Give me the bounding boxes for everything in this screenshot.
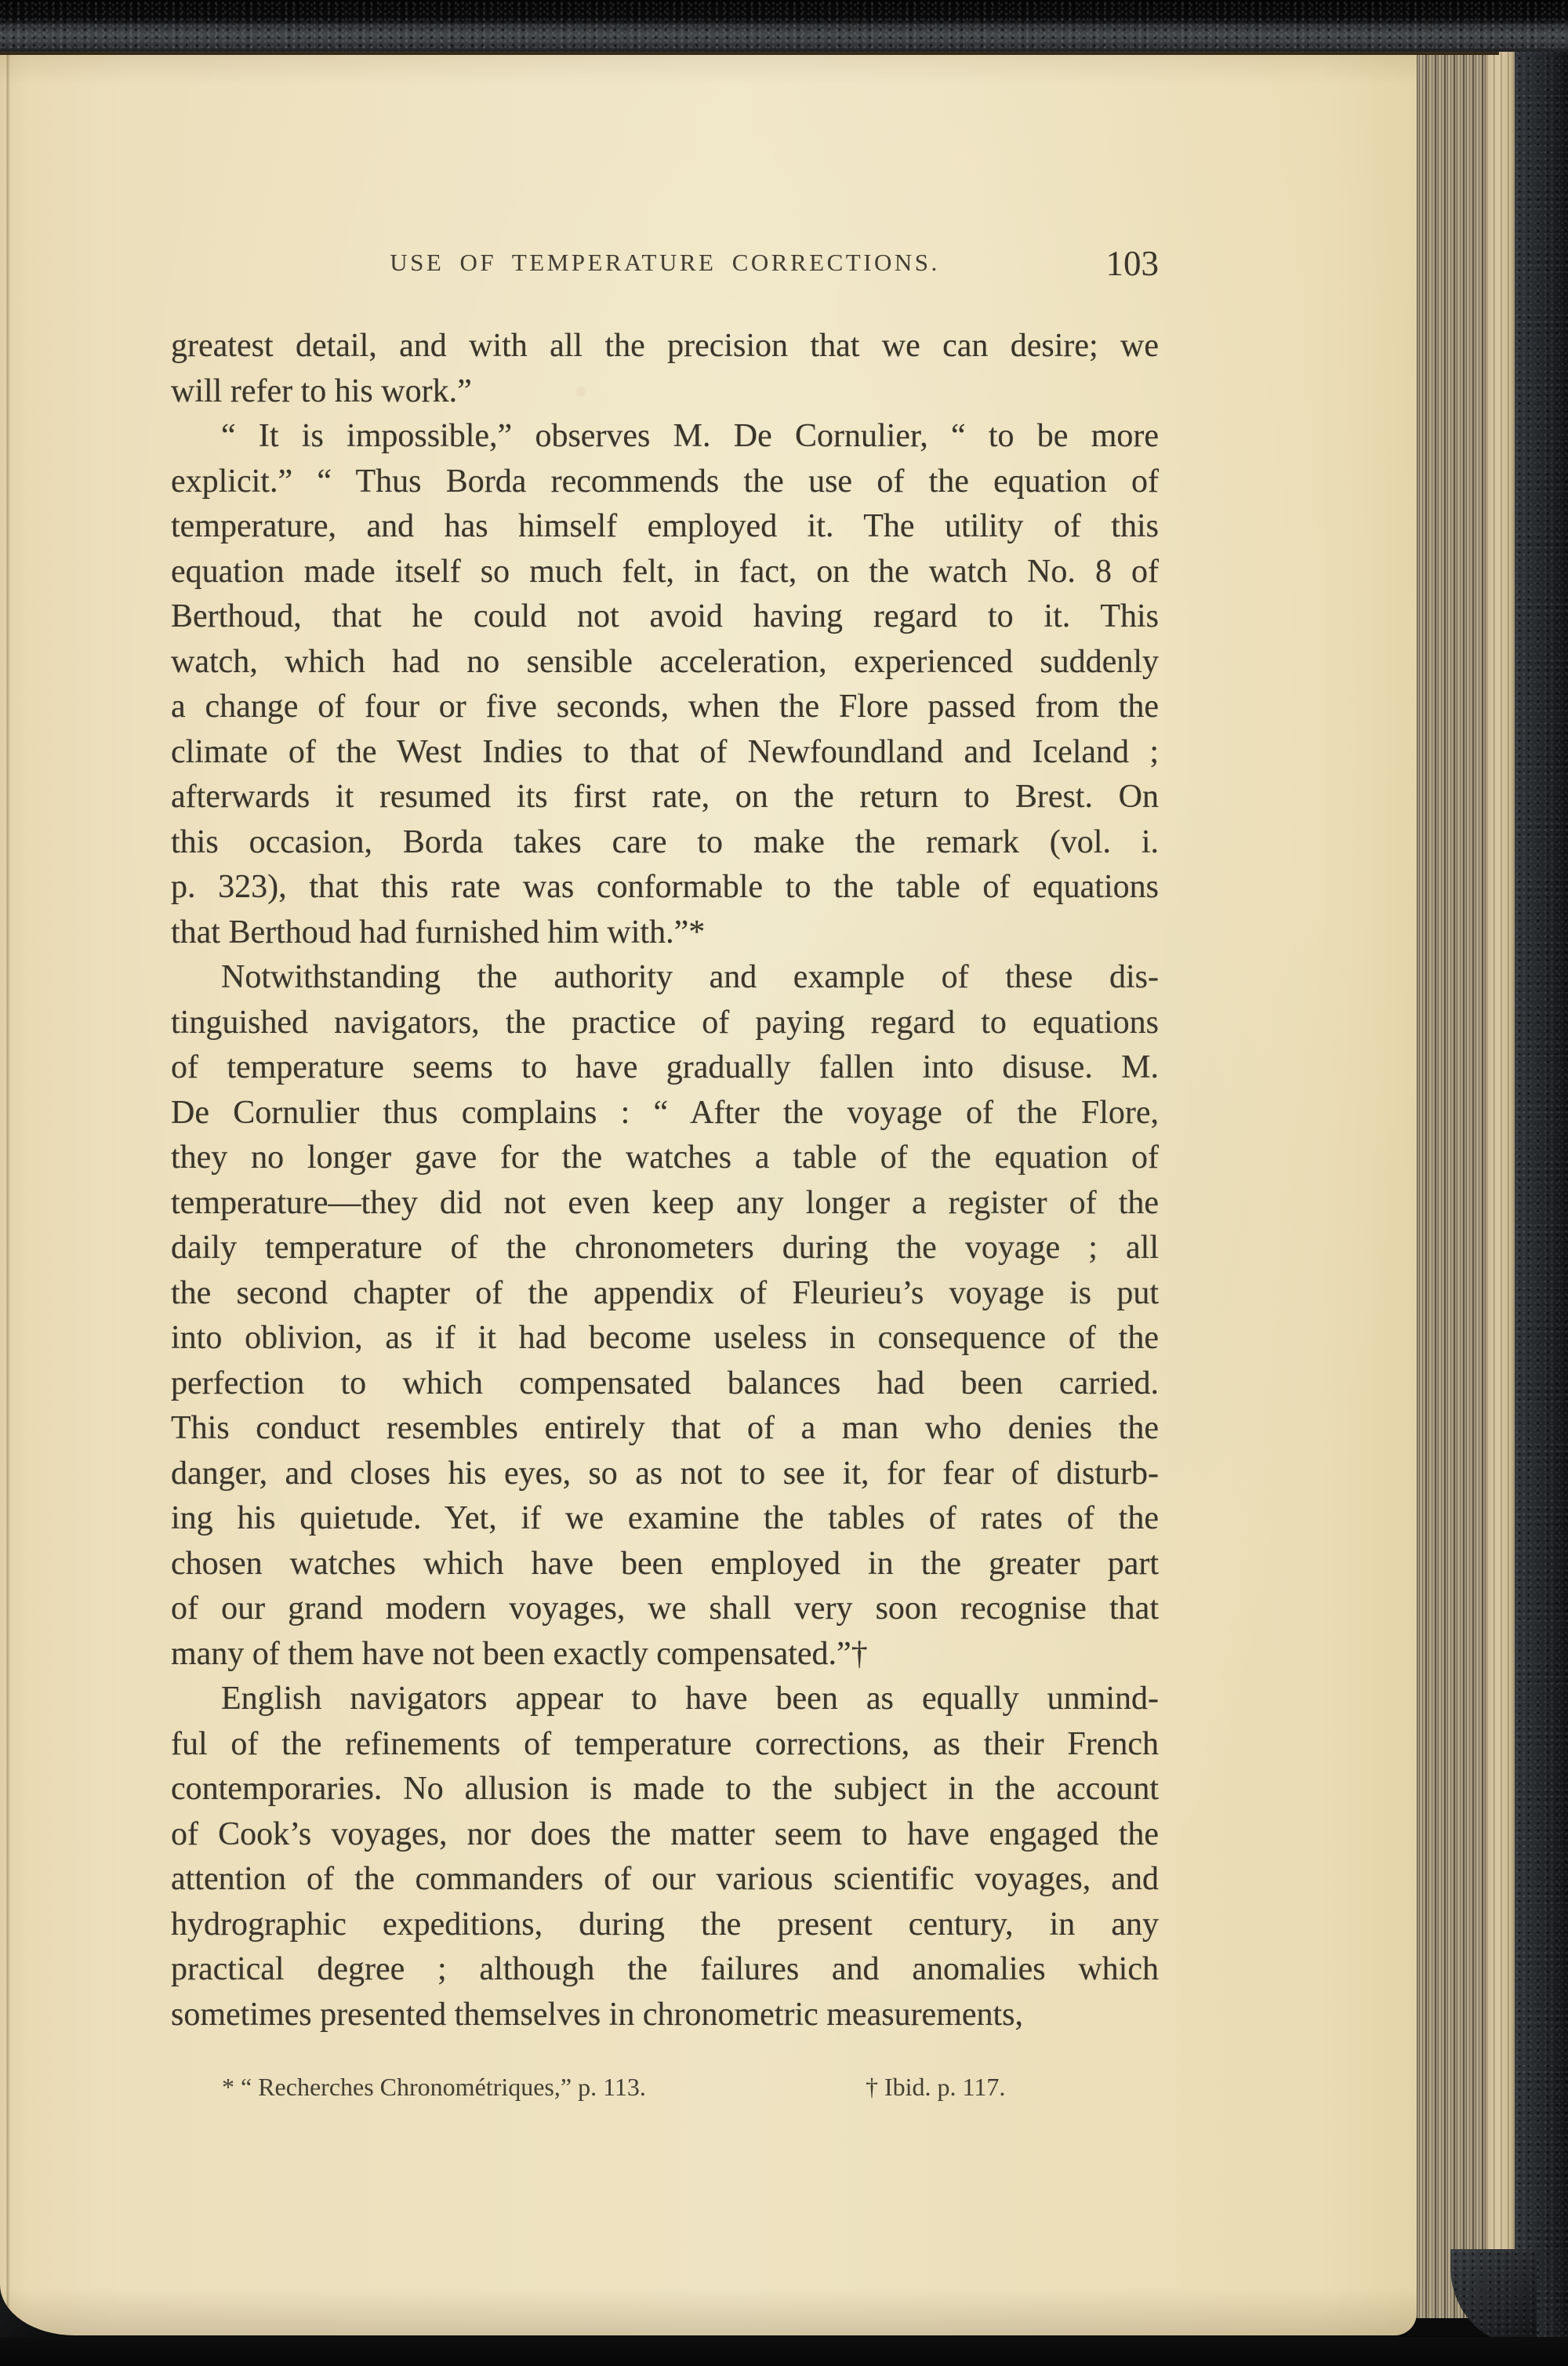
- book-page: USE OF TEMPERATURE CORRECTIONS. 103 grea…: [0, 49, 1417, 2335]
- book-scan: USE OF TEMPERATURE CORRECTIONS. 103 grea…: [0, 0, 1568, 2366]
- text-line: this occasion, Borda takes care to make …: [171, 820, 1159, 866]
- footnote-dagger: † Ibid. p. 117.: [866, 2072, 1005, 2102]
- book-cover-corner: [1450, 2249, 1537, 2345]
- text-line: Berthoud, that he could not avoid having…: [171, 594, 1159, 640]
- running-head-title: USE OF TEMPERATURE CORRECTIONS.: [171, 245, 1159, 281]
- text-line: temperature, and has himself employed it…: [171, 504, 1159, 550]
- text-line: “ It is impossible,” observes M. De Corn…: [171, 414, 1159, 460]
- text-line: Notwithstanding the authority and exampl…: [171, 955, 1159, 1001]
- text-line: daily temperature of the chronometers du…: [171, 1226, 1159, 1271]
- text-line: of our grand modern voyages, we shall ve…: [171, 1586, 1159, 1632]
- text-line: perfection to which compensated balances…: [171, 1361, 1159, 1407]
- footnote-row: * “ Recherches Chronométriques,” p. 113.…: [0, 2072, 1417, 2103]
- fore-edge-stripes-light: [1486, 50, 1516, 2318]
- text-line: danger, and closes his eyes, so as not t…: [171, 1452, 1159, 1497]
- text-line: that Berthoud had furnished him with.”*: [171, 910, 1159, 956]
- text-line: chosen watches which have been employed …: [171, 1542, 1159, 1587]
- running-head-row: USE OF TEMPERATURE CORRECTIONS. 103: [171, 245, 1159, 285]
- text-line: the second chapter of the appendix of Fl…: [171, 1271, 1159, 1317]
- text-line: sometimes presented themselves in chrono…: [171, 1993, 1159, 2038]
- text-line: De Cornulier thus complains : “ After th…: [171, 1091, 1159, 1136]
- body-text: greatest detail, and with all the precis…: [171, 324, 1159, 2037]
- text-line: many of them have not been exactly compe…: [171, 1632, 1159, 1677]
- text-line: they no longer gave for the watches a ta…: [171, 1136, 1159, 1181]
- book-cover-right: [1515, 0, 1568, 2348]
- text-line: contemporaries. No allusion is made to t…: [171, 1767, 1159, 1812]
- text-line: greatest detail, and with all the precis…: [171, 324, 1159, 369]
- page-fore-edge: [1416, 50, 1516, 2318]
- text-line: ing his quietude. Yet, if we examine the…: [171, 1496, 1159, 1542]
- text-line: ful of the refinements of temperature co…: [171, 1722, 1159, 1768]
- text-line: temperature—they did not even keep any l…: [171, 1181, 1159, 1227]
- book-cover-top: [0, 0, 1568, 52]
- text-line: tinguished navigators, the practice of p…: [171, 1001, 1159, 1046]
- page-number: 103: [1106, 246, 1160, 282]
- text-line: attention of the commanders of our vario…: [171, 1857, 1159, 1903]
- fore-edge-stripes-dark: [1416, 50, 1486, 2318]
- text-line: practical degree ; although the failures…: [171, 1947, 1159, 1993]
- text-line: explicit.” “ Thus Borda recommends the u…: [171, 460, 1159, 505]
- text-line: p. 323), that this rate was conformable …: [171, 865, 1159, 910]
- text-line: of Cook’s voyages, nor does the matter s…: [171, 1812, 1159, 1858]
- footnote-asterisk: * “ Recherches Chronométriques,” p. 113.: [222, 2072, 646, 2102]
- scan-bottom-band: [0, 2337, 1568, 2366]
- text-line: climate of the West Indies to that of Ne…: [171, 730, 1159, 776]
- text-line: This conduct resembles entirely that of …: [171, 1406, 1159, 1452]
- text-line: equation made itself so much felt, in fa…: [171, 550, 1159, 595]
- text-line: will refer to his work.”: [171, 369, 1159, 415]
- text-line: of temperature seems to have gradually f…: [171, 1045, 1159, 1091]
- text-line: English navigators appear to have been a…: [171, 1677, 1159, 1722]
- text-line: afterwards it resumed its first rate, on…: [171, 775, 1159, 820]
- text-line: watch, which had no sensible acceleratio…: [171, 640, 1159, 685]
- text-line: a change of four or five seconds, when t…: [171, 685, 1159, 730]
- text-line: into oblivion, as if it had become usele…: [171, 1316, 1159, 1361]
- text-line: hydrographic expeditions, during the pre…: [171, 1903, 1159, 1948]
